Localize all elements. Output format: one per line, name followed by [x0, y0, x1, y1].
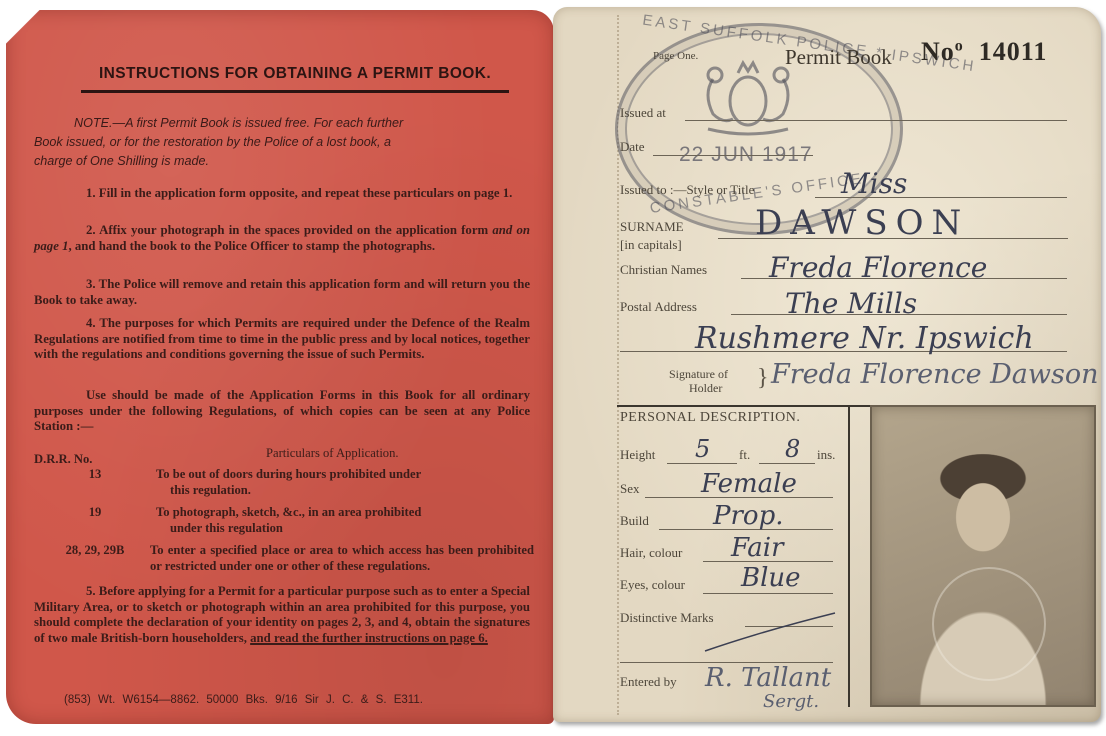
personal-description-heading: PERSONAL DESCRIPTION. [620, 410, 800, 426]
hair-colour-label: Hair, colour [620, 545, 682, 561]
instruction-4-text: 4. The purposes for which Permits are re… [34, 316, 530, 361]
height-in-line [759, 463, 815, 464]
column-divider [848, 407, 850, 707]
drr-particulars: To photograph, sketch, &c., in an area p… [156, 505, 421, 519]
instruction-use-text: Use should be made of the Application Fo… [34, 388, 530, 433]
signature-brace: } [757, 365, 769, 392]
drr-col-header: D.R.R. No. [34, 452, 92, 467]
christian-names-label: Christian Names [620, 262, 707, 278]
instruction-3-text: 3. The Police will remove and retain thi… [34, 277, 530, 307]
distinctive-marks-label: Distinctive Marks [620, 610, 714, 626]
postal-address-value-2[interactable]: Rushmere Nr. Ipswich [695, 321, 1034, 356]
eyes-colour-value[interactable]: Blue [741, 563, 801, 593]
note-line-3: charge of One Shilling is made. [34, 152, 529, 171]
instruction-1: 1. Fill in the application form opposite… [34, 186, 530, 202]
entered-by-label: Entered by [620, 674, 677, 690]
height-ft-value[interactable]: 5 [695, 435, 710, 463]
page-label: Page One. [653, 50, 698, 62]
note-line-2: Book issued, or for the restoration by t… [34, 133, 529, 152]
build-value[interactable]: Prop. [713, 501, 783, 531]
instruction-1-text: 1. Fill in the application form opposite… [86, 186, 512, 200]
surname-label: SURNAME [620, 219, 684, 235]
sex-value[interactable]: Female [701, 469, 797, 499]
number-value: 14011 [979, 37, 1048, 66]
ins-label: ins. [817, 447, 835, 463]
drr-row: 13 To be out of doors during hours prohi… [34, 466, 534, 498]
christian-names-value[interactable]: Freda Florence [769, 251, 987, 284]
entered-by-signature[interactable]: R. Tallant [705, 663, 831, 693]
drr-particulars: To be out of doors during hours prohibit… [156, 467, 421, 481]
instruction-3: 3. The Police will remove and retain thi… [34, 277, 530, 308]
issued-to-label: Issued to :—Style or Title [620, 182, 754, 198]
postal-address-value-1[interactable]: The Mills [785, 287, 917, 320]
height-in-value[interactable]: 8 [785, 435, 800, 463]
date-field[interactable] [653, 155, 813, 156]
instruction-4: 4. The purposes for which Permits are re… [34, 316, 530, 363]
build-label: Build [620, 513, 649, 529]
number-prefix: No [921, 37, 955, 66]
drr-table-header: D.R.R. No. Particulars of Application. [34, 450, 534, 466]
drr-particulars-cont: of these regulations. [323, 559, 430, 573]
style-title-value[interactable]: Miss [841, 167, 907, 200]
instruction-2-text-b: , and hand the book to the Police Office… [68, 239, 435, 253]
issued-at-label: Issued at [620, 105, 666, 121]
drr-row: 28, 29, 29B To enter a specified place o… [34, 542, 534, 574]
particulars-col-header: Particulars of Application. [266, 446, 399, 461]
printer-imprint: (853) Wt. W6154—8862. 50000 Bks. 9/16 Si… [64, 694, 423, 706]
permit-book-page: EAST SUFFOLK POLICE * IPSWICH 22 JUN 191… [553, 7, 1101, 722]
permit-book-title: Permit Book [785, 45, 892, 70]
height-label: Height [620, 447, 655, 463]
instruction-5-underlined: and read the further instructions on pag… [250, 631, 488, 645]
instruction-5: 5. Before applying for a Permit for a pa… [34, 584, 530, 646]
note-line-1: NOTE.—A first Permit Book is issued free… [34, 114, 529, 133]
entered-by-rank: Sergt. [763, 691, 819, 712]
signature-label: Signature of [669, 367, 728, 382]
drr-row: 19 To photograph, sketch, &c., in an are… [34, 504, 534, 536]
drr-table: D.R.R. No. Particulars of Application. 1… [34, 450, 534, 580]
eyes-colour-line [703, 593, 833, 594]
holder-photograph [870, 405, 1096, 707]
postal-address-label: Postal Address [620, 299, 697, 315]
permit-number: Noo 14011 [921, 37, 1047, 67]
title-underline [81, 90, 509, 93]
instructions-title: INSTRUCTIONS FOR OBTAINING A PERMIT BOOK… [80, 65, 510, 83]
drr-number: 28, 29, 29B [34, 542, 150, 574]
height-ft-line [667, 463, 737, 464]
note-paragraph: NOTE.—A first Permit Book is issued free… [34, 114, 529, 171]
instruction-2-text-a: 2. Affix your photograph in the spaces p… [86, 223, 492, 237]
sex-label: Sex [620, 481, 640, 497]
drr-number: 13 [34, 466, 156, 498]
torn-corner [6, 10, 76, 50]
drr-particulars-cont: under this regulation [156, 520, 534, 536]
eyes-colour-label: Eyes, colour [620, 577, 685, 593]
drr-particulars-cont: this regulation. [156, 482, 534, 498]
ft-label: ft. [739, 447, 750, 463]
hair-colour-value[interactable]: Fair [731, 533, 784, 563]
photo-embossed-stamp [932, 567, 1046, 681]
instruction-use: Use should be made of the Application Fo… [34, 388, 530, 435]
royal-crest-icon [693, 59, 803, 137]
signature-label-holder: Holder [689, 381, 722, 396]
strike-through-mark-icon [703, 611, 837, 653]
instructions-page: INSTRUCTIONS FOR OBTAINING A PERMIT BOOK… [6, 10, 554, 724]
holder-signature[interactable]: Freda Florence Dawson [771, 359, 1099, 390]
date-label: Date [620, 139, 645, 155]
instruction-2: 2. Affix your photograph in the spaces p… [34, 223, 530, 254]
surname-sublabel: [in capitals] [620, 237, 682, 253]
surname-value[interactable]: DAWSON [755, 203, 969, 243]
issued-at-field[interactable] [685, 120, 1067, 121]
drr-number: 19 [34, 504, 156, 536]
